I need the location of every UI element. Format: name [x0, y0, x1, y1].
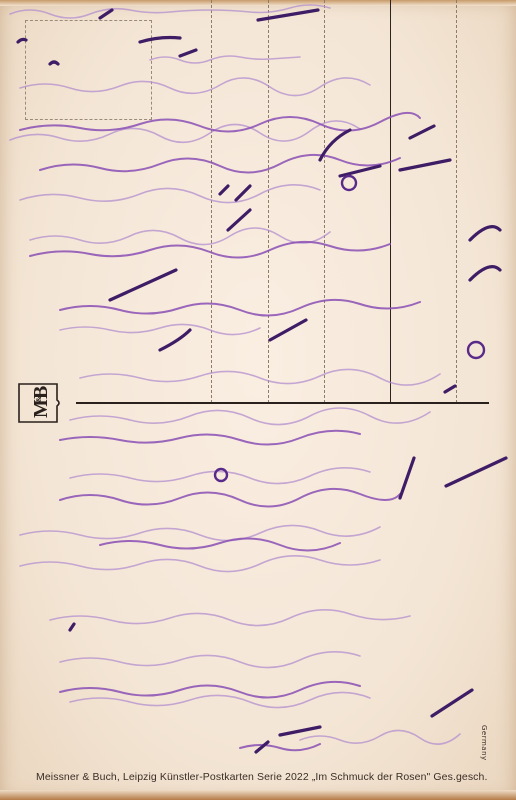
country-mark: Germany — [480, 725, 488, 761]
svg-text:B: B — [30, 386, 52, 399]
handwritten-message — [0, 0, 516, 800]
stamp-placement-box — [25, 20, 152, 120]
dashed-address-line — [268, 0, 269, 403]
postcard-back: M & B — [0, 0, 516, 800]
publisher-imprint: Meissner & Buch, Leipzig Künstler-Postka… — [36, 771, 496, 783]
card-edge-bottom — [0, 790, 516, 800]
divider-line-vertical — [390, 0, 391, 403]
card-edge-top — [0, 0, 516, 6]
publisher-shield-logo-icon: M & B — [15, 380, 63, 426]
dashed-address-line — [324, 0, 325, 403]
dashed-address-line — [211, 0, 212, 403]
dashed-address-line — [456, 0, 457, 403]
divider-line-horizontal — [76, 402, 489, 404]
